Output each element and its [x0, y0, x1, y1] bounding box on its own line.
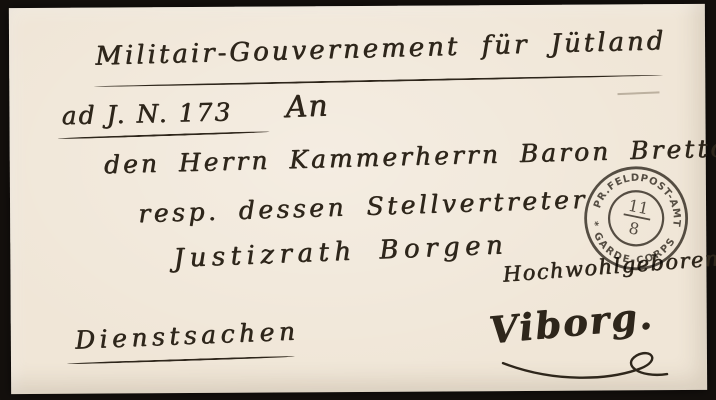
photo-background: Militair-Gouvernement für Jütland ad J. … — [0, 0, 716, 400]
salutation: An — [285, 91, 329, 123]
feldpost-postmark-stamp: K.PR.FELDPOST-AMT * * GARDE-CORPS 11 8 — [565, 147, 707, 289]
header-underline — [93, 74, 663, 87]
reference-note: ad J. N. 173 — [61, 99, 232, 128]
destination-flourish-icon — [499, 346, 674, 387]
stamp-date-month: 8 — [627, 218, 641, 239]
envelope: Militair-Gouvernement für Jütland ad J. … — [9, 4, 707, 394]
recipient-line-3: Justizrath Borgen — [173, 232, 509, 272]
header-line: Militair-Gouvernement für Jütland — [95, 28, 667, 69]
destination: Viborg. — [487, 297, 655, 349]
recipient-line-2: resp. dessen Stellvertreter — [138, 187, 588, 227]
service-underline — [67, 355, 295, 364]
service-marking: Dienstsachen — [74, 318, 299, 352]
pencil-mark — [617, 83, 659, 95]
reference-underline — [58, 131, 270, 140]
